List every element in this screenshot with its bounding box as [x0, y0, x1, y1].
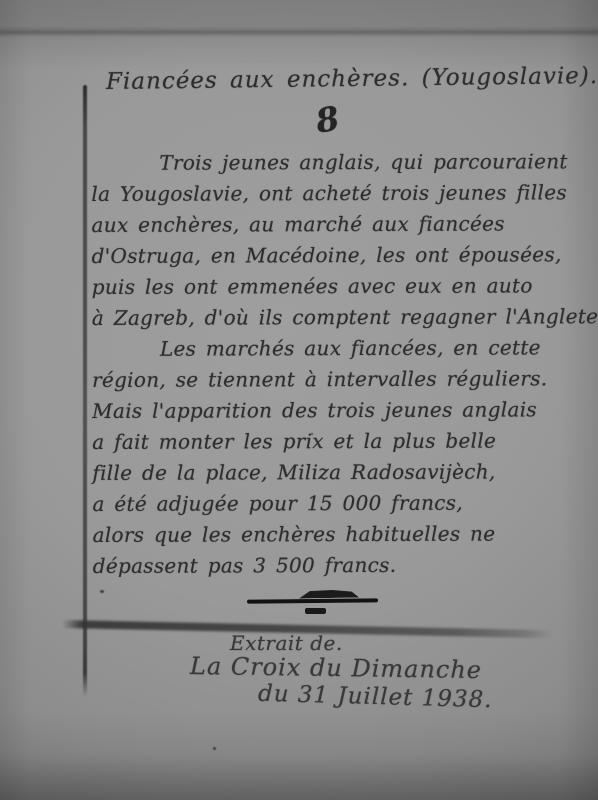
text-line: a été adjugée pour 15 000 francs, [92, 487, 598, 520]
manuscript-body: Trois jeunes anglais, qui parcouraient l… [91, 146, 598, 582]
text-line: dépassent pas 3 500 francs. [93, 549, 598, 582]
manuscript-page: Fiancées aux enchères. (Yougoslavie). 8 … [0, 0, 598, 800]
text-line: Mais l'apparition des trois jeunes angla… [92, 394, 598, 427]
paper-crease-top [0, 31, 598, 34]
ink-speck [100, 590, 104, 593]
ink-speck [213, 747, 216, 750]
pencil-margin-line [83, 85, 87, 697]
text-line: à Zagreb, d'où ils comptent regagner l'A… [92, 301, 598, 334]
ink-speck [311, 433, 313, 435]
text-line: d'Ostruga, en Macédoine, les ont épousée… [92, 239, 598, 272]
text-line: Trois jeunes anglais, qui parcouraient [91, 146, 598, 179]
source-date: du 31 Juillet 1938. [258, 681, 493, 714]
document-title: Fiancées aux enchères. (Yougoslavie). [106, 63, 598, 95]
divider-thick-bar [299, 589, 359, 598]
paragraph-1: Trois jeunes anglais, qui parcouraient l… [91, 146, 598, 334]
text-line: a fait monter les prix et la plus belle [92, 425, 598, 458]
divider-thin-line [247, 598, 378, 603]
text-line: région, se tiennent à intervalles réguli… [92, 363, 598, 396]
text-line: Les marchés aux fiancées, en cette [92, 332, 598, 365]
paragraph-2: Les marchés aux fiancées, en cette régio… [92, 332, 598, 582]
text-line: la Yougoslavie, ont acheté trois jeunes … [91, 177, 598, 210]
text-line: puis les ont emmenées avec eux en auto [92, 270, 598, 303]
source-note-intro: Extrait de. [230, 631, 343, 655]
text-line: aux enchères, au marché aux fiancées [91, 208, 598, 241]
divider-small-dash [305, 608, 326, 614]
text-line: alors que les enchères habituelles ne [93, 518, 598, 551]
text-line: fille de la place, Miliza Radosavijèch, [92, 456, 598, 489]
source-publication: La Croix du Dimanche [190, 652, 482, 684]
section-mark: 8 [313, 98, 342, 140]
